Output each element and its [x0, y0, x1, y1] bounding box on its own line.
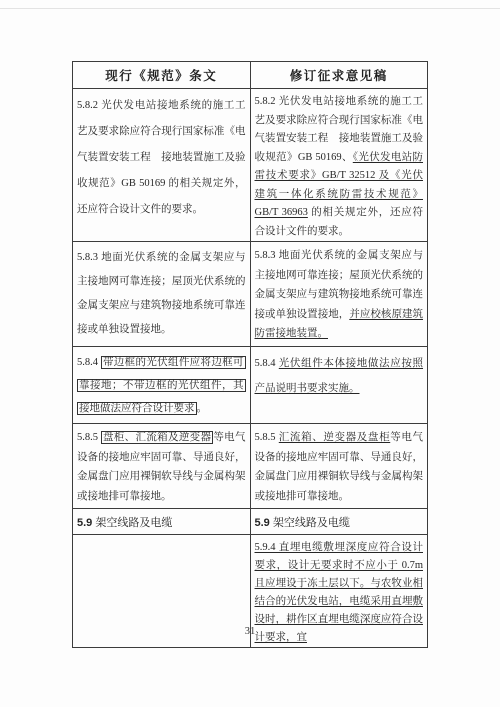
- revision-draft-cell: 5.8.3 地面光伏系统的金属支架应与主接地网可靠连接；屋顶光伏系统的金属支架应…: [250, 242, 428, 347]
- current-spec-cell: 5.8.5 盘柜、汇流箱及逆变器等电气设备的接地应牢固可靠、导通良好，金属盘门应…: [73, 424, 251, 509]
- revision-draft-cell: 5.8.2 光伏发电站接地系统的施工工艺及要求除应符合现行国家标准《电气装置安装…: [250, 89, 428, 242]
- current-spec-cell: 5.8.3 地面光伏系统的金属支架应与主接地网可靠连接；屋顶光伏系统的金属支架应…: [73, 242, 251, 347]
- text-segment-box: 带边框的光伏组件应将边框可靠接地；不带边框的光伏组件，其接地做法应符合设计要求: [77, 356, 246, 415]
- text-segment-normal: 。: [197, 403, 208, 414]
- revision-draft-cell: 5.8.5 汇流箱、逆变器及盘柜等电气设备的接地应牢固可靠、导通良好，金属盘门应…: [250, 424, 428, 509]
- table-row: 5.8.4 带边框的光伏组件应将边框可靠接地；不带边框的光伏组件，其接地做法应符…: [73, 347, 428, 424]
- comparison-table: 现行《规范》条文 修订征求意见稿 5.8.2 光伏发电站接地系统的施工工艺及要求…: [72, 61, 428, 648]
- text-segment-normal: 5.8.5: [77, 432, 101, 443]
- revision-draft-cell: 5.8.4 光伏组件本体接地做法应按照产品说明书要求实施。: [250, 347, 428, 424]
- text-segment-normal: 5.8.3 地面光伏系统的金属支架应与主接地网可靠连接；屋顶光伏系统的金属支架应…: [77, 252, 246, 335]
- text-segment-normal: 5.8.2 光伏发电站接地系统的施工工艺及要求除应符合现行国家标准《电气装置安装…: [77, 100, 246, 215]
- table-row: 5.8.2 光伏发电站接地系统的施工工艺及要求除应符合现行国家标准《电气装置安装…: [73, 89, 428, 242]
- current-spec-cell: 5.8.2 光伏发电站接地系统的施工工艺及要求除应符合现行国家标准《电气装置安装…: [73, 89, 251, 242]
- header-current-spec: 现行《规范》条文: [73, 62, 251, 89]
- text-segment-normal: 架空线路及电缆: [92, 517, 172, 529]
- table-row: 5.8.5 盘柜、汇流箱及逆变器等电气设备的接地应牢固可靠、导通良好，金属盘门应…: [73, 424, 428, 509]
- current-spec-cell: 5.9 架空线路及电缆: [73, 509, 251, 535]
- current-spec-cell: 5.8.4 带边框的光伏组件应将边框可靠接地；不带边框的光伏组件，其接地做法应符…: [73, 347, 251, 424]
- document-page: 现行《规范》条文 修订征求意见稿 5.8.2 光伏发电站接地系统的施工工艺及要求…: [0, 0, 500, 707]
- text-segment-normal: 5.8.4: [255, 358, 279, 369]
- revision-draft-cell: 5.9 架空线路及电缆: [250, 509, 428, 535]
- text-segment-underline: 汇流箱、逆变器及盘柜: [279, 432, 390, 443]
- text-segment-secnum: 5.9: [255, 517, 270, 529]
- table-row: 5.8.3 地面光伏系统的金属支架应与主接地网可靠连接；屋顶光伏系统的金属支架应…: [73, 242, 428, 347]
- text-segment-normal: 5.8.4: [77, 357, 101, 368]
- text-segment-box: 盘柜、汇流箱及逆变器: [101, 431, 213, 444]
- text-segment-normal: 5.8.5: [255, 432, 279, 443]
- text-segment-underline: 光伏组件本体接地做法应按照产品说明书要求实施。: [255, 358, 424, 394]
- header-revision-draft: 修订征求意见稿: [250, 62, 428, 89]
- scan-artifact-line: [0, 8, 500, 9]
- table-header-row: 现行《规范》条文 修订征求意见稿: [73, 62, 428, 89]
- page-number: 31: [0, 626, 500, 637]
- table-row: 5.9 架空线路及电缆5.9 架空线路及电缆: [73, 509, 428, 535]
- text-segment-normal: 架空线路及电缆: [270, 517, 350, 529]
- text-segment-secnum: 5.9: [77, 517, 92, 529]
